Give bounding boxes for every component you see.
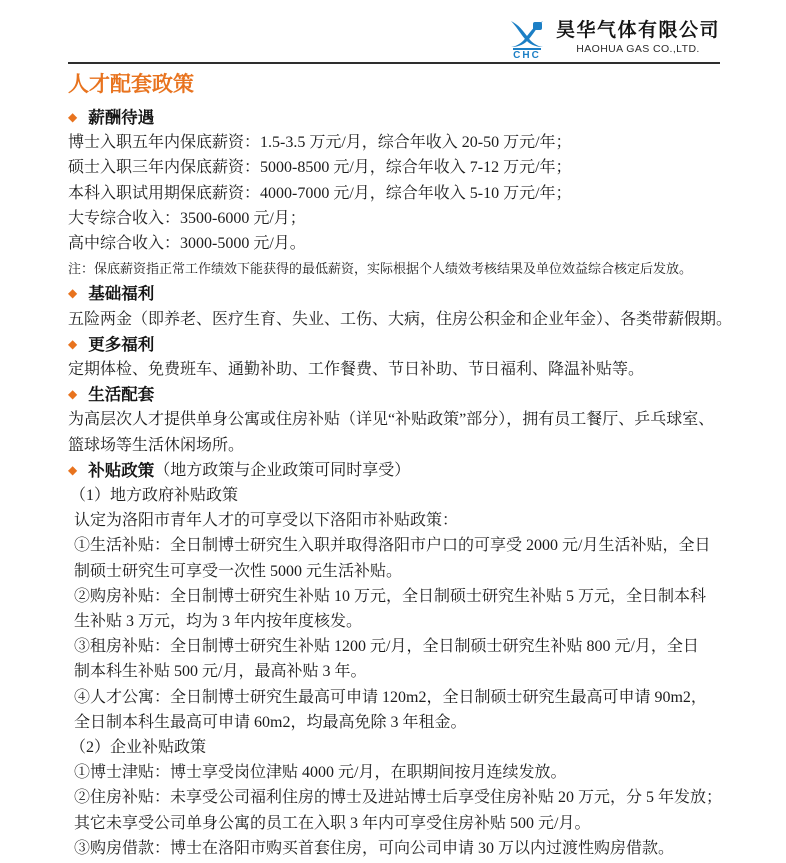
salary-line: 本科入职试用期保底薪资：4000-7000 元/月，综合年收入 5-10 万元/… bbox=[68, 181, 740, 206]
section-heading-suffix: （地方政策与企业政策可同时享受） bbox=[154, 458, 410, 483]
company-name-en: HAOHUA GAS CO.,LTD. bbox=[576, 43, 700, 56]
local-subsidy-title: （1）地方政府补贴政策 bbox=[70, 483, 740, 508]
diamond-bullet-icon: ◆ bbox=[68, 332, 77, 357]
basic-benefits-line: 五险两金（即养老、医疗生育、失业、工伤、大病，住房公积金和企业年金）、各类带薪假… bbox=[68, 307, 740, 332]
company-names: 昊华气体有限公司 HAOHUA GAS CO.,LTD. bbox=[556, 20, 720, 56]
section-heading-label: 更多福利 bbox=[88, 332, 154, 357]
local-subsidy-line: 制硕士研究生可享受一次性 5000 元生活补贴。 bbox=[74, 559, 740, 584]
logo-x-glyph bbox=[507, 20, 547, 48]
salary-note: 注：保底薪资指正常工作绩效下能获得的最低薪资，实际根据个人绩效考核结果及单位效益… bbox=[68, 256, 740, 281]
company-subsidy-line: ①博士津贴：博士享受岗位津贴 4000 元/月，在职期间按月连续发放。 bbox=[74, 760, 740, 785]
section-heading-more-benefits: ◆ 更多福利 bbox=[68, 332, 740, 357]
company-logo: CHC 昊华气体有限公司 HAOHUA GAS CO.,LTD. bbox=[505, 20, 720, 61]
local-subsidy-line: 全日制本科生最高可申请 60m2，均最高免除 3 年租金。 bbox=[74, 710, 740, 735]
local-subsidy-intro: 认定为洛阳市青年人才的可享受以下洛阳市补贴政策： bbox=[74, 508, 740, 533]
company-name-cn: 昊华气体有限公司 bbox=[556, 20, 720, 42]
company-subsidy-line: ③购房借款：博士在洛阳市购买首套住房，可向公司申请 30 万以内过渡性购房借款。 bbox=[74, 836, 740, 861]
living-line: 为高层次人才提供单身公寓或住房补贴（详见“补贴政策”部分），拥有员工餐厅、乒乓球… bbox=[68, 407, 740, 432]
diamond-bullet-icon: ◆ bbox=[68, 458, 77, 483]
header-divider bbox=[68, 62, 720, 64]
local-subsidy-line: ①生活补贴：全日制博士研究生入职并取得洛阳市户口的可享受 2000 元/月生活补… bbox=[74, 533, 740, 558]
salary-line: 高中综合收入：3000-5000 元/月。 bbox=[68, 231, 740, 256]
section-heading-basic-benefits: ◆ 基础福利 bbox=[68, 281, 740, 306]
local-subsidy-line: 制本科生补贴 500 元/月，最高补贴 3 年。 bbox=[74, 659, 740, 684]
section-heading-label: 薪酬待遇 bbox=[88, 105, 154, 130]
document-header: CHC 昊华气体有限公司 HAOHUA GAS CO.,LTD. bbox=[0, 0, 786, 64]
section-heading-label: 生活配套 bbox=[88, 382, 154, 407]
section-heading-label: 基础福利 bbox=[88, 281, 154, 306]
living-line: 篮球场等生活休闲场所。 bbox=[68, 433, 740, 458]
section-heading-living: ◆ 生活配套 bbox=[68, 382, 740, 407]
salary-line: 硕士入职三年内保底薪资：5000-8500 元/月，综合年收入 7-12 万元/… bbox=[68, 155, 740, 180]
local-subsidy-line: ②购房补贴：全日制博士研究生补贴 10 万元，全日制硕士研究生补贴 5 万元，全… bbox=[74, 584, 740, 609]
chc-logo-icon: CHC bbox=[505, 20, 549, 61]
logo-chc-label: CHC bbox=[513, 48, 541, 61]
diamond-bullet-icon: ◆ bbox=[68, 105, 77, 130]
local-subsidy-line: ④人才公寓：全日制博士研究生最高可申请 120m2，全日制硕士研究生最高可申请 … bbox=[74, 685, 740, 710]
company-subsidy-title: （2）企业补贴政策 bbox=[70, 735, 740, 760]
company-subsidy-line: ②住房补贴：未享受公司福利住房的博士及进站博士后享受住房补贴 20 万元，分 5… bbox=[74, 785, 740, 810]
document-body: 人才配套政策 ◆ 薪酬待遇 博士入职五年内保底薪资：1.5-3.5 万元/月，综… bbox=[68, 72, 740, 861]
company-subsidy-line: 其它未享受公司单身公寓的员工在入职 3 年内可享受住房补贴 500 元/月。 bbox=[74, 811, 740, 836]
page-title: 人才配套政策 bbox=[68, 72, 740, 98]
section-heading-salary: ◆ 薪酬待遇 bbox=[68, 105, 740, 130]
document-page: CHC 昊华气体有限公司 HAOHUA GAS CO.,LTD. 人才配套政策 … bbox=[0, 0, 786, 863]
salary-line: 大专综合收入：3500-6000 元/月； bbox=[68, 206, 740, 231]
diamond-bullet-icon: ◆ bbox=[68, 382, 77, 407]
section-heading-subsidy: ◆ 补贴政策 （地方政策与企业政策可同时享受） bbox=[68, 458, 740, 483]
local-subsidy-line: ③租房补贴：全日制博士研究生补贴 1200 元/月，全日制硕士研究生补贴 800… bbox=[74, 634, 740, 659]
diamond-bullet-icon: ◆ bbox=[68, 281, 77, 306]
more-benefits-line: 定期体检、免费班车、通勤补助、工作餐费、节日补助、节日福利、降温补贴等。 bbox=[68, 357, 740, 382]
salary-line: 博士入职五年内保底薪资：1.5-3.5 万元/月，综合年收入 20-50 万元/… bbox=[68, 130, 740, 155]
local-subsidy-line: 生补贴 3 万元，均为 3 年内按年度核发。 bbox=[74, 609, 740, 634]
section-heading-label: 补贴政策 bbox=[88, 458, 154, 483]
